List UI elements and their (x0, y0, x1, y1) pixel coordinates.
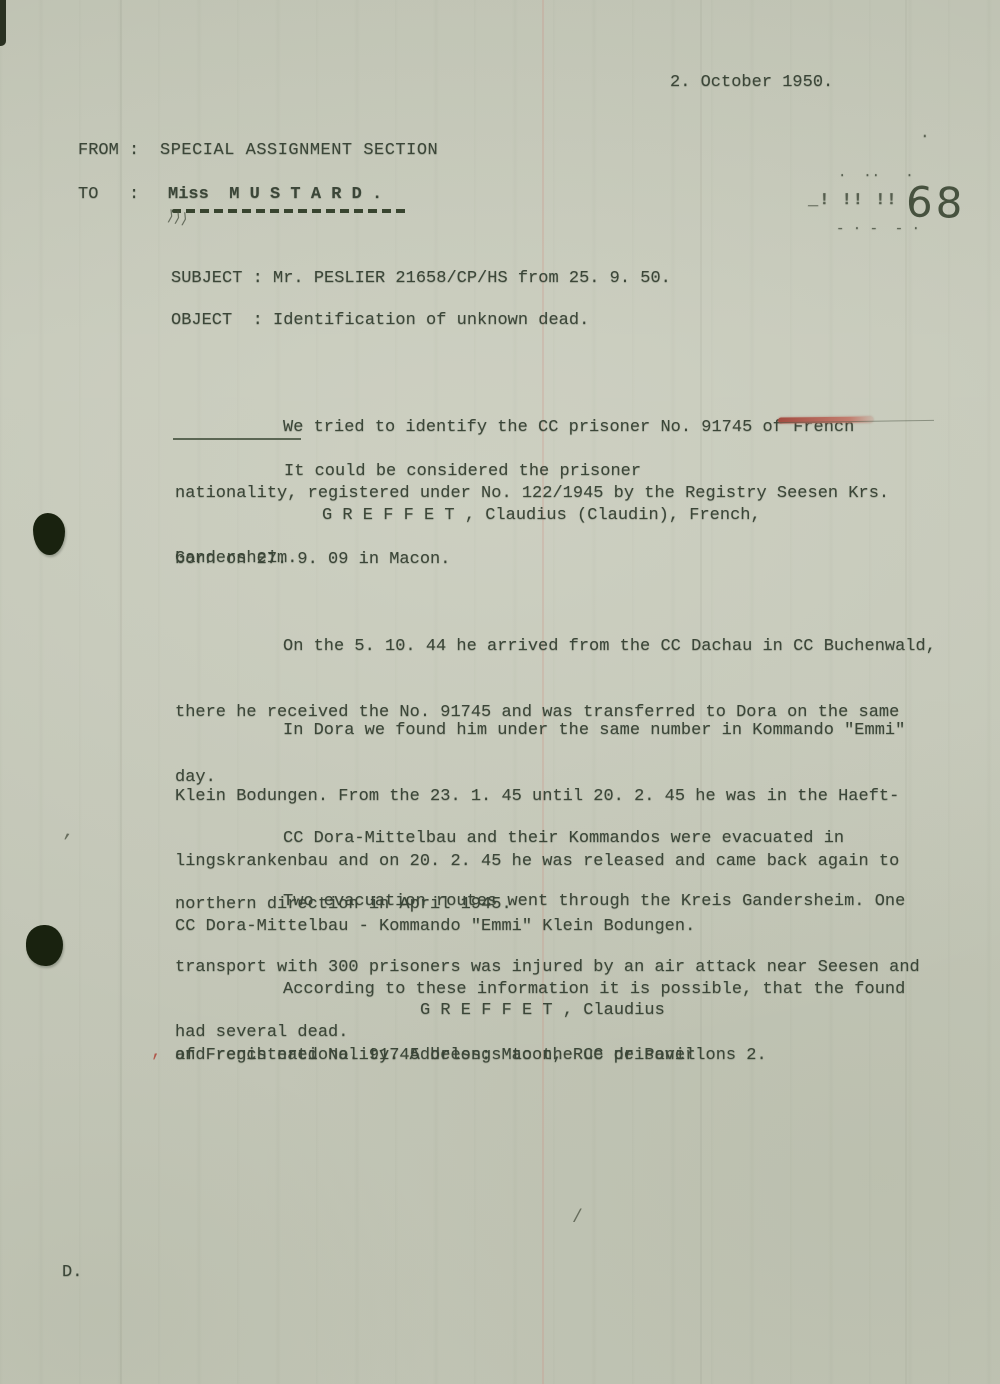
handwritten-ticks: ⟩⟩⟩ (164, 206, 189, 229)
pencil-slash-mark: / (572, 1208, 583, 1228)
paragraph-line: On the 5. 10. 44 he arrived from the CC … (175, 636, 936, 658)
paragraph-identify: We tried to identify the CC prisoner No.… (175, 374, 889, 613)
stamp-glyph-row: _! !! !! · (808, 190, 920, 212)
pencil-tick-mark: ’ (58, 831, 73, 855)
object-line: OBJECT : Identification of unknown dead. (171, 310, 589, 332)
footer-initial: D. (62, 1262, 82, 1284)
paragraph-line: CC Dora-Mittelbau and their Kommandos we… (175, 828, 844, 850)
line-address: of French nationality. Address: Macon, R… (175, 1045, 767, 1067)
scanned-letter-page: 2. October 1950. FROM : SPECIAL ASSIGNME… (0, 0, 1000, 1384)
to-dashed-underline (172, 209, 408, 213)
ink-blob-bottom (26, 925, 63, 966)
paragraph-line: In Dora we found him under the same numb… (175, 720, 905, 742)
page-number-handwritten: 68 (905, 177, 966, 228)
line-prisoner-name-short: G R E F F E T , Claudius (420, 1000, 665, 1022)
line-prisoner-name-full: G R E F F E T , Claudius (Claudin), Fren… (322, 505, 761, 527)
scan-streak-1 (120, 0, 122, 1384)
paragraph-line: nationality, registered under No. 122/19… (175, 483, 889, 505)
paragraph-line: According to these information it is pos… (175, 979, 905, 1001)
stray-dot: · (920, 126, 930, 148)
date-line: 2. October 1950. (670, 72, 833, 94)
page-edge-mark (0, 0, 6, 46)
ink-blob-top (33, 513, 65, 555)
underline-gandersheim (173, 438, 301, 440)
paragraph-conclusion: According to these information it is pos… (175, 936, 905, 1110)
stamp-dots-above: · ·· · (838, 166, 914, 188)
subject-line: SUBJECT : Mr. PESLIER 21658/CP/HS from 2… (171, 268, 671, 290)
to-value: Miss M U S T A R D . (168, 184, 382, 206)
from-label: FROM : (78, 140, 139, 162)
line-consider: It could be considered the prisoner (284, 461, 641, 483)
red-comma-mark: , (151, 1042, 162, 1062)
from-value: SPECIAL ASSIGNMENT SECTION (160, 140, 438, 162)
to-label: TO : (78, 184, 139, 206)
line-born: born on 27. 9. 09 in Macon. (175, 549, 450, 571)
paragraph-line: Two evacuation routes went through the K… (175, 891, 920, 913)
